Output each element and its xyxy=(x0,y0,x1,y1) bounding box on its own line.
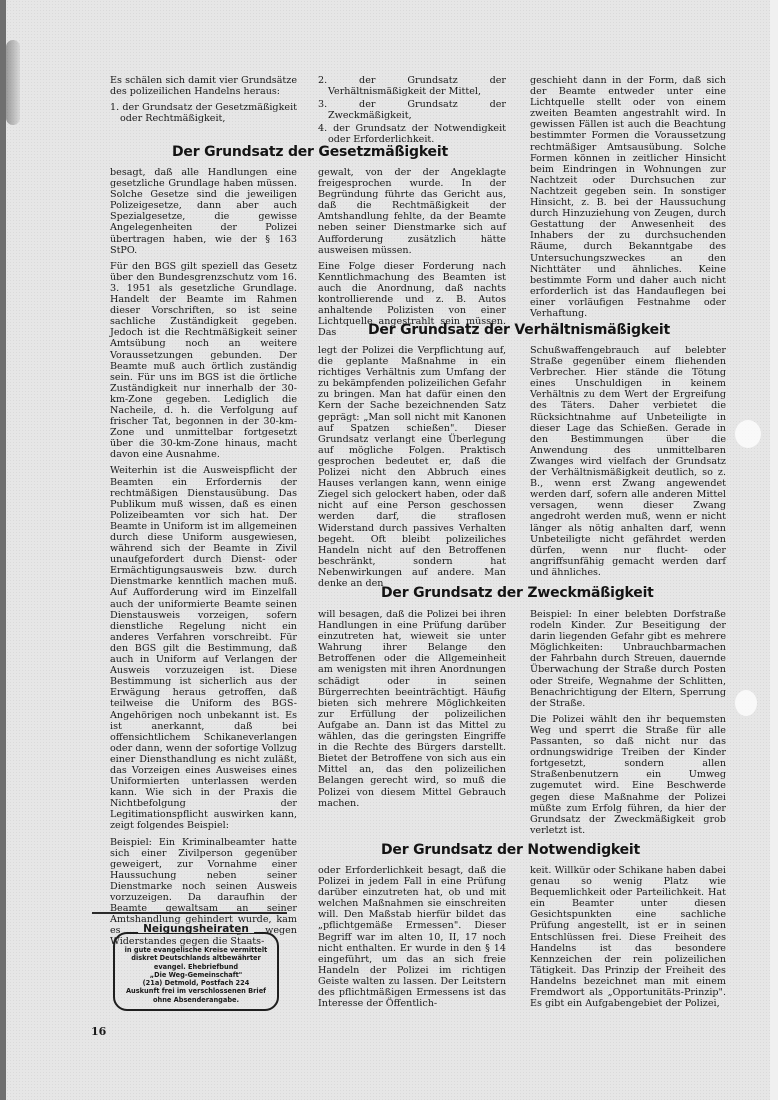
section-gesetzmaessigkeit-middle: gewalt, von der der Angeklagte freigespr… xyxy=(318,167,506,343)
binding-shadow xyxy=(6,40,20,125)
paragraph: Die Polizei wählt den ihr bequemsten Weg… xyxy=(530,714,726,836)
advertisement-body: in gute evangelische Kreise vermittelt d… xyxy=(121,946,271,1004)
paragraph: Schußwaffengebrauch auf belebter Straße … xyxy=(530,345,726,578)
paragraph: Für den BGS gilt speziell das Gesetz übe… xyxy=(110,261,297,461)
top-right-text: geschieht dann in der Form, daß sich der… xyxy=(530,75,726,319)
paragraph: legt der Polizei die Verpflichtung auf, … xyxy=(318,345,506,589)
section-verhaeltnismaessigkeit-middle: legt der Polizei die Verpflichtung auf, … xyxy=(318,345,506,594)
paragraph: Beispiel: In einer belebten Dorfstraße r… xyxy=(530,609,726,709)
scan-right-edge xyxy=(770,0,778,1100)
page-number: 16 xyxy=(91,1025,106,1038)
separator-rule xyxy=(92,912,287,914)
intro-list-item-4: 4. der Grundsatz der Notwendigkeit oder … xyxy=(318,123,506,145)
heading-zweckmaessigkeit: Der Grundsatz der Zweckmäßigkeit xyxy=(381,585,654,601)
paragraph: will besagen, daß die Polizei bei ihren … xyxy=(318,609,506,809)
paragraph: oder Erforderlichkeit besagt, daß die Po… xyxy=(318,865,506,1009)
advertisement-line: in gute evangelische Kreise vermittelt d… xyxy=(121,946,271,971)
section-zweckmaessigkeit-right: Beispiel: In einer belebten Dorfstraße r… xyxy=(530,609,726,841)
section-verhaeltnismaessigkeit-right: Schußwaffengebrauch auf belebter Straße … xyxy=(530,345,726,583)
advertisement-line: Auskunft frei im verschlossenen Brief oh… xyxy=(121,987,271,1004)
intro-list-item-2: 2. der Grundsatz der Verhältnismäßigkeit… xyxy=(318,75,506,97)
intro-middle: 2. der Grundsatz der Verhältnismäßigkeit… xyxy=(318,75,506,148)
paragraph: besagt, daß alle Handlungen eine gesetzl… xyxy=(110,167,297,256)
paragraph: gewalt, von der der Angeklagte freigespr… xyxy=(318,167,506,256)
intro-left: Es schälen sich damit vier Grundsätze de… xyxy=(110,75,297,126)
paper-blemish xyxy=(735,690,757,716)
section-zweckmaessigkeit-middle: will besagen, daß die Polizei bei ihren … xyxy=(318,609,506,814)
paragraph: keit. Willkür oder Schikane haben dabei … xyxy=(530,865,726,1009)
section-gesetzmaessigkeit-left: besagt, daß alle Handlungen eine gesetzl… xyxy=(110,167,297,952)
advertisement-title: Neigungsheiraten xyxy=(138,925,254,933)
paragraph: Weiterhin ist die Ausweispflicht der Bea… xyxy=(110,465,297,831)
heading-verhaeltnismaessigkeit: Der Grundsatz der Verhältnismäßigkeit xyxy=(368,322,670,338)
paper-blemish xyxy=(735,420,761,448)
advertisement-line: „Die Weg-Gemeinschaft" xyxy=(121,971,271,979)
heading-gesetzmaessigkeit: Der Grundsatz der Gesetzmäßigkeit xyxy=(172,144,448,160)
scan-left-edge xyxy=(0,0,6,1100)
section-notwendigkeit-middle: oder Erforderlichkeit besagt, daß die Po… xyxy=(318,865,506,1014)
advertisement-line: (21a) Detmold, Postfach 224 xyxy=(121,979,271,987)
intro-list-item-3: 3. der Grundsatz der Zweckmäßigkeit, xyxy=(318,99,506,121)
intro-list-item-1: 1. der Grundsatz der Gesetzmäßigkeit ode… xyxy=(110,102,297,124)
heading-notwendigkeit: Der Grundsatz der Notwendigkeit xyxy=(381,842,640,858)
section-notwendigkeit-right: keit. Willkür oder Schikane haben dabei … xyxy=(530,865,726,1014)
document-page: Es schälen sich damit vier Grundsätze de… xyxy=(0,0,778,1100)
advertisement-box: Neigungsheiraten in gute evangelische Kr… xyxy=(113,932,279,1011)
top-right-column: geschieht dann in der Form, daß sich der… xyxy=(530,75,726,324)
intro-text: Es schälen sich damit vier Grundsätze de… xyxy=(110,75,297,97)
